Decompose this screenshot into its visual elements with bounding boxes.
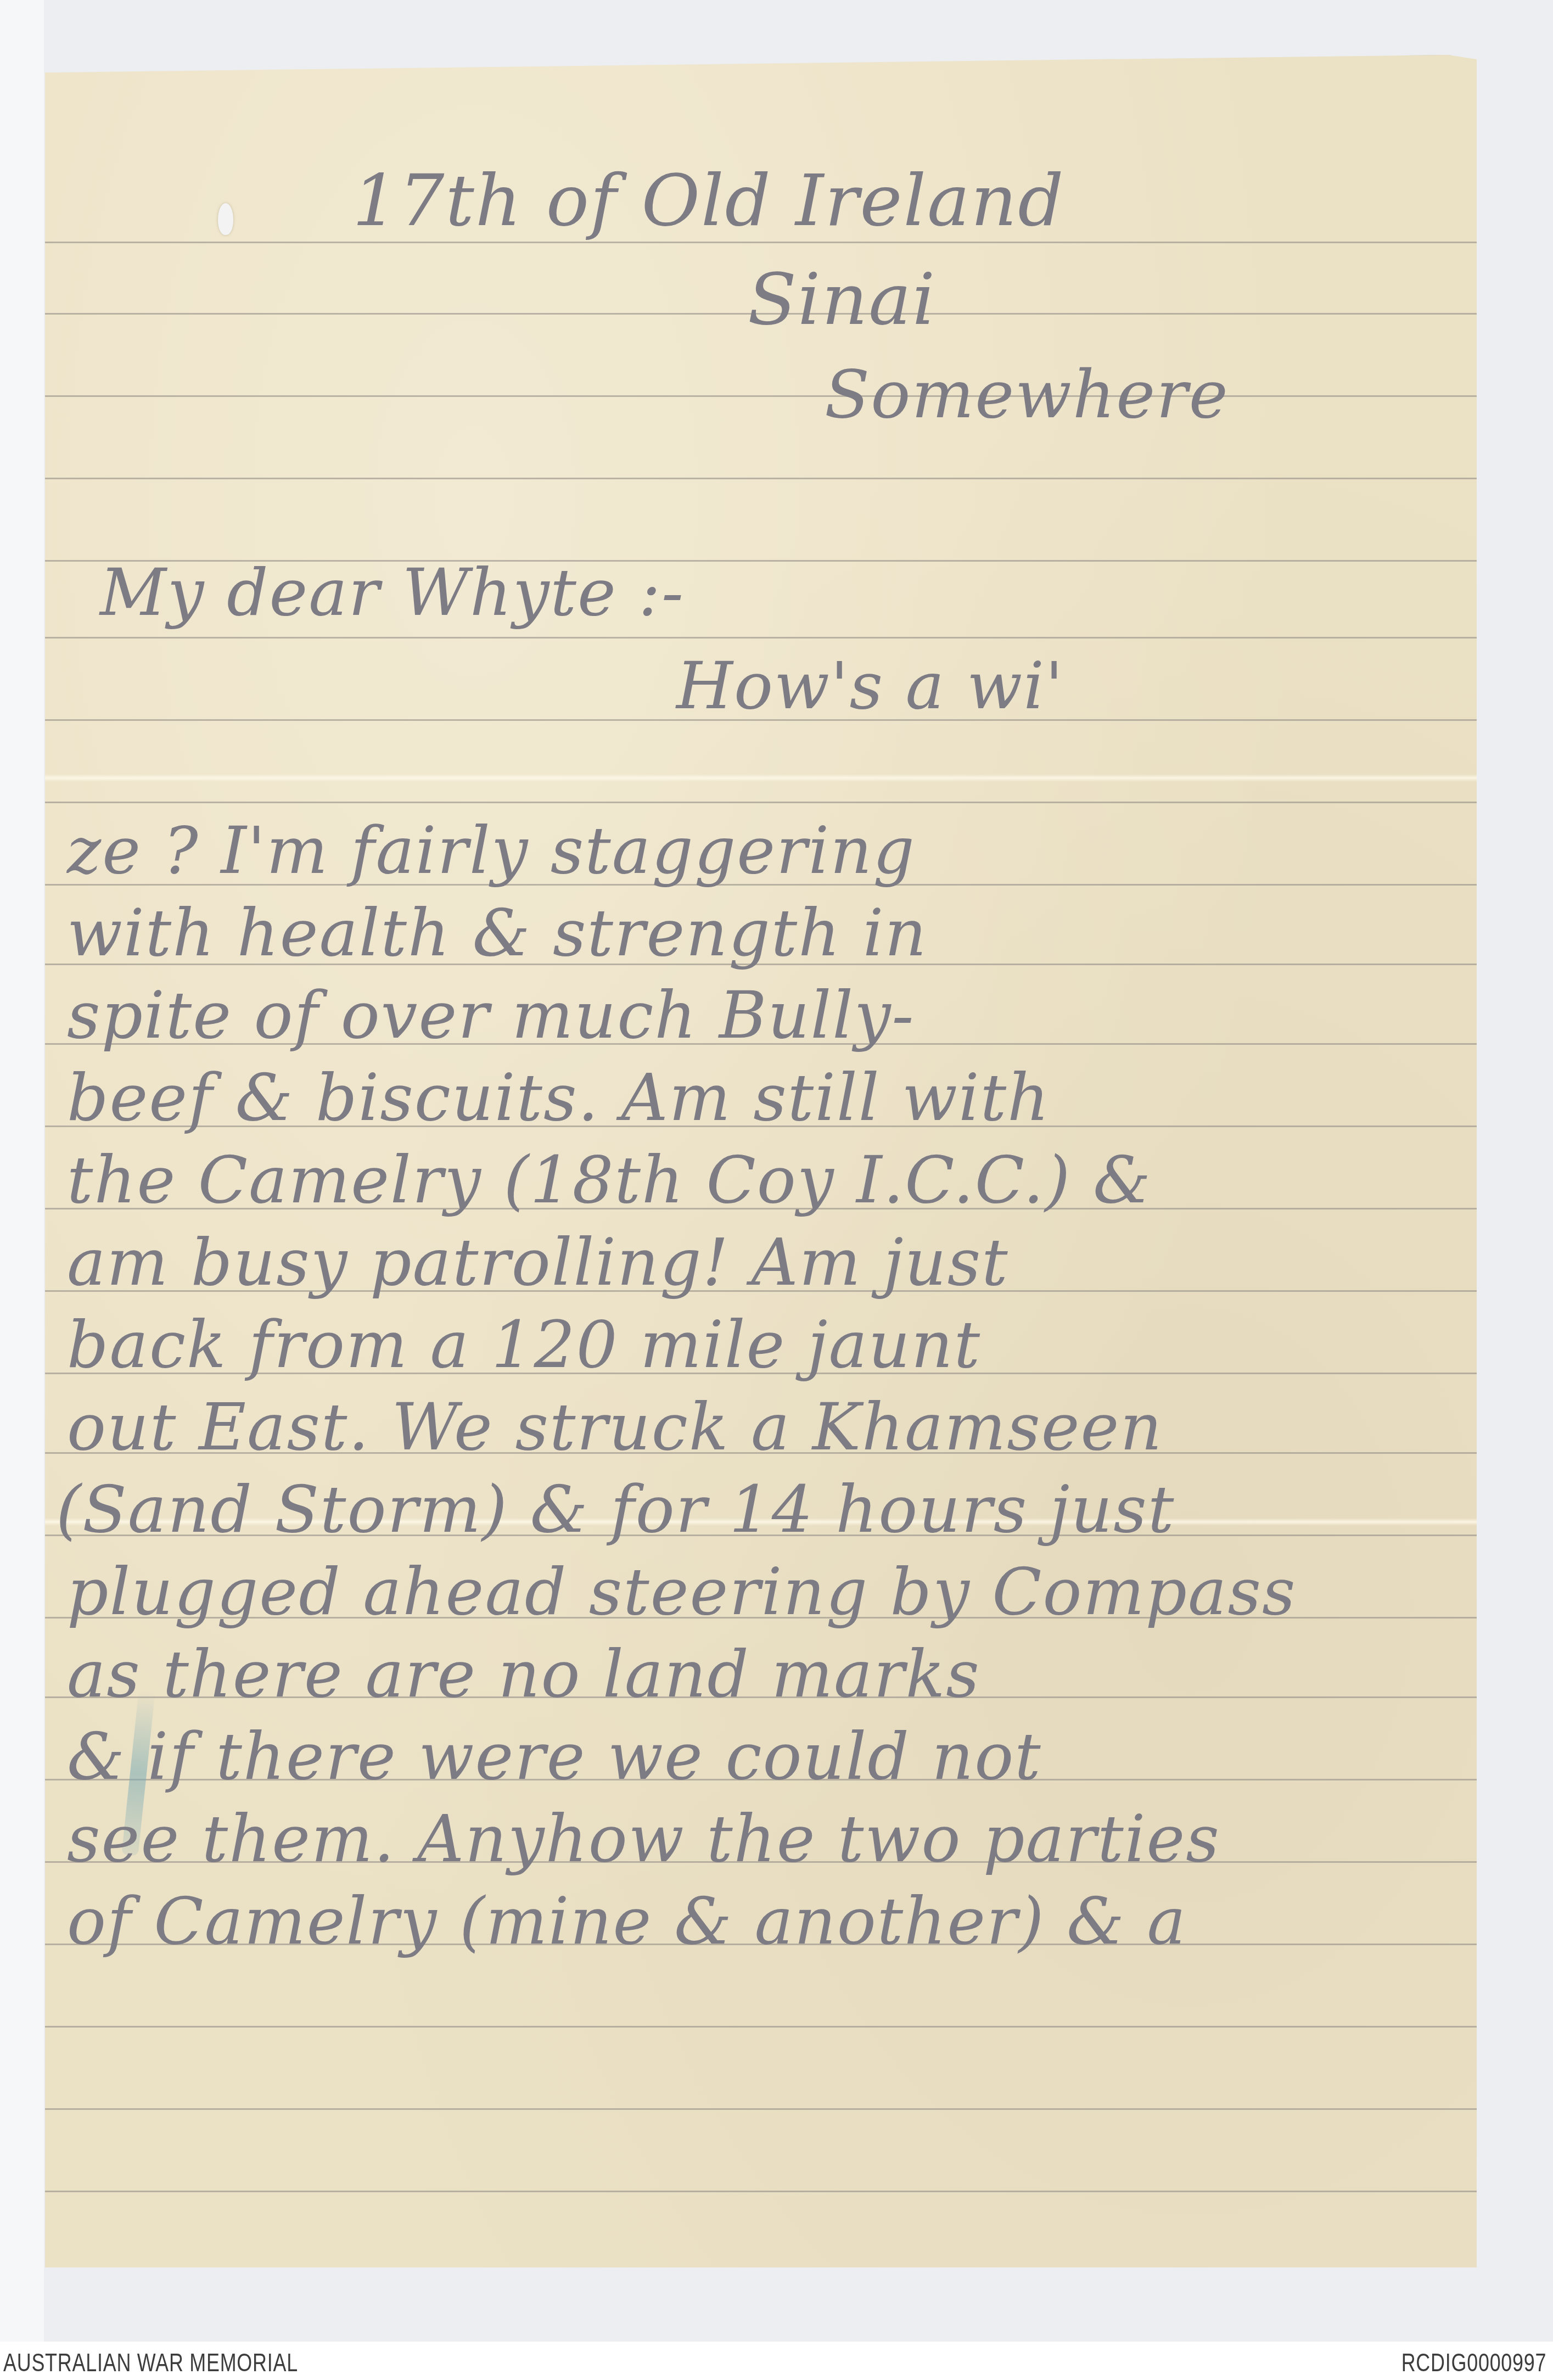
ruled-line <box>45 637 1477 639</box>
body-line: back from a 120 mile jaunt <box>67 1312 981 1377</box>
heading-line-date-place: 17th of Old Ireland <box>352 165 1065 236</box>
heading-line-location: Sinai <box>748 264 936 335</box>
body-line: spite of over much Bully- <box>67 983 915 1048</box>
ruled-line <box>45 2108 1477 2110</box>
body-line: ze ? I'm fairly staggering <box>67 818 916 883</box>
ruled-line <box>45 2026 1477 2028</box>
ruled-line <box>45 2191 1477 2192</box>
body-line: (Sand Storm) & for 14 hours just <box>56 1477 1175 1542</box>
body-line: out East. We struck a Khamseen <box>67 1395 1163 1459</box>
body-line: plugged ahead steering by Compass <box>67 1559 1297 1624</box>
body-line: the Camelry (18th Coy I.C.C.) & <box>67 1147 1152 1212</box>
scanner-left-strip <box>0 0 44 2342</box>
body-line: see them. Anyhow the two parties <box>67 1806 1220 1871</box>
body-line: am busy patrolling! Am just <box>67 1230 1009 1295</box>
body-line: with health & strength in <box>67 900 927 965</box>
body-line: & if there were we could not <box>67 1724 1042 1789</box>
letter-heading: 17th of Old Ireland Sinai Somewhere <box>45 55 1477 549</box>
fold-crease <box>45 774 1477 782</box>
letter-sheet: 17th of Old Ireland Sinai Somewhere My d… <box>45 55 1477 2267</box>
ruled-line <box>45 802 1477 803</box>
heading-line-somewhere: Somewhere <box>825 362 1229 428</box>
record-id: RCDIG0000997 <box>1401 2348 1546 2377</box>
body-line: beef & biscuits. Am still with <box>67 1065 1050 1130</box>
institution-name: AUSTRALIAN WAR MEMORIAL <box>3 2348 298 2377</box>
body-line: as there are no land marks <box>67 1642 980 1706</box>
body-line: How's a wi' <box>676 653 1064 718</box>
body-line: of Camelry (mine & another) & a <box>67 1889 1187 1953</box>
salutation-text: My dear Whyte :- <box>100 560 685 625</box>
